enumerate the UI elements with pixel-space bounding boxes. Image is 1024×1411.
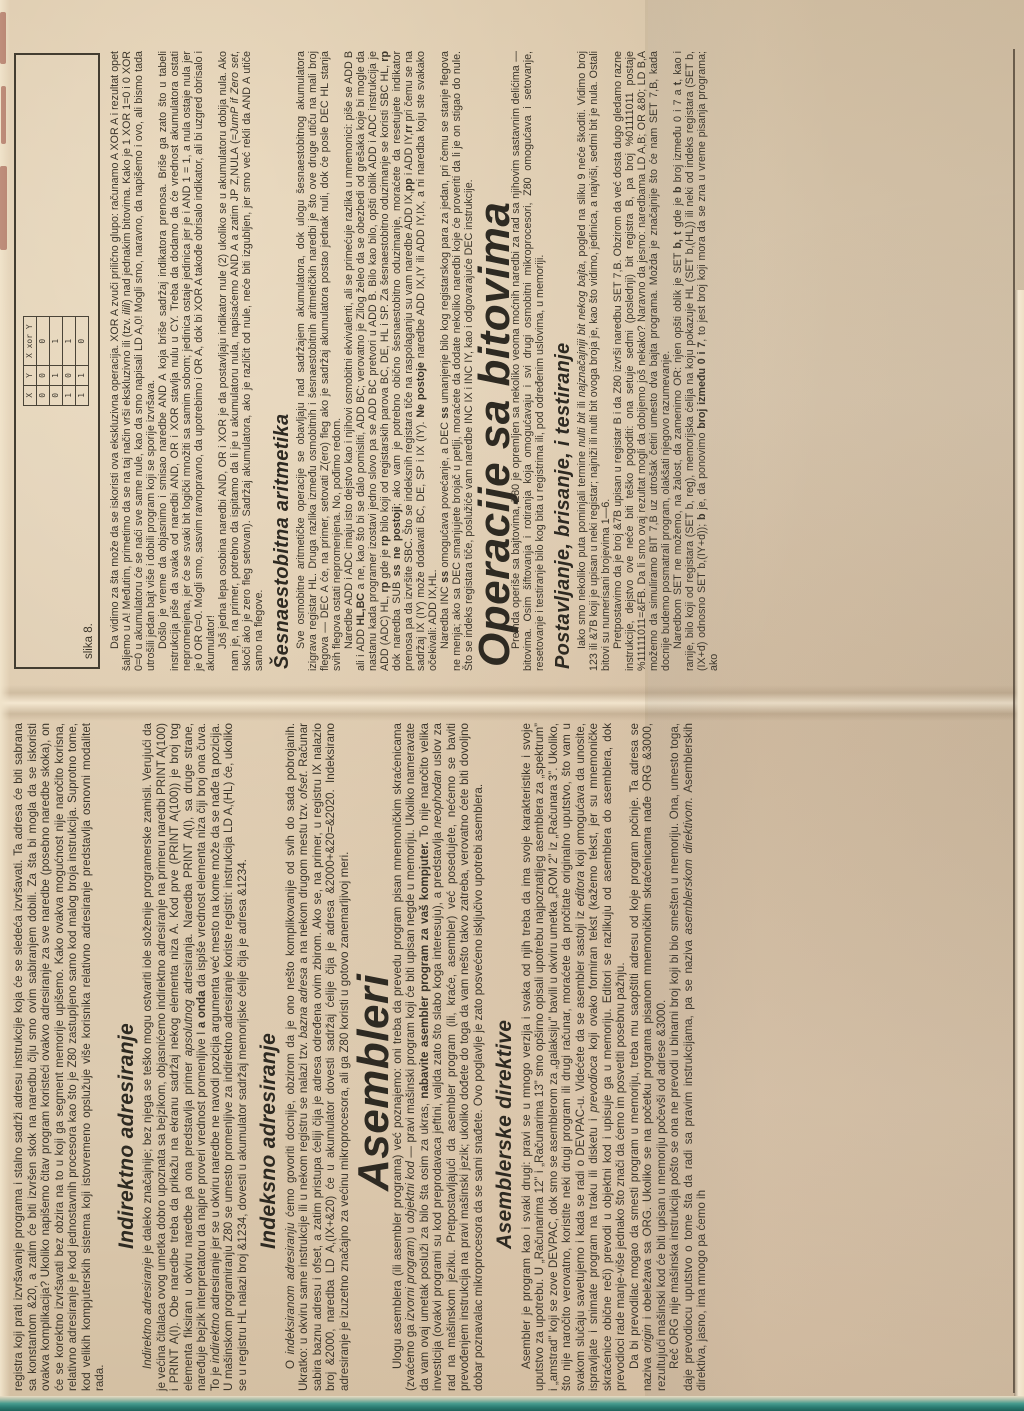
scan-seam [645,0,648,1411]
paragraph-ulogu-asemblera: Ulogu asemblera (ili asembler programa) … [391,723,486,1391]
paragraph-pretpostavimo: Pretpostavimo da je broj &7B upisan u re… [612,51,672,671]
paragraph-premda-operise: Premda operiše sa bajtovima, Z80 je opre… [510,51,546,671]
paragraph-asembler-je-program: Asembler je program kao i svaki drugi: p… [520,723,628,1391]
heading-asemblerske-direktive: Asemblerske direktive [498,723,512,1249]
page-edge-right [1014,290,1024,1396]
red-ink-mark [0,166,7,250]
heading-sesnaestobitna-aritmetika: Šesnaestobitna aritmetika [276,51,288,669]
paragraph-rec-org: Reč ORG nije mašinska instrukcija pošto … [668,723,709,1391]
heading-operacije-sa-bitovima: Operacije sa bitovima [489,51,501,667]
paragraph-naredbom-set: Naredbom SET ne možemo, na žalost, da za… [672,51,720,671]
page-reading-surface: registra koji prati izvršavanje programa… [0,0,1024,1411]
paragraph-da-vidimo: Da vidimo za šta može da se iskoristi ov… [109,51,157,671]
adjacent-page-edge [0,1396,1024,1411]
paragraph-sve-osmobitne: Sve osmobitne aritmetičke operacije se o… [295,51,343,671]
red-ink-mark [0,12,6,64]
paragraph-indirektno: Indirektno adresiranje je daleko značajn… [141,723,249,1391]
figure-slika-8: XYX xor Y000011101110 slika 8. [14,53,100,669]
column-right: XYX xor Y000011101110 slika 8. Da vidimo… [14,51,720,671]
heading-indirektno-adresiranje: Indirektno adresiranje [120,723,134,1249]
red-ink-mark [1,86,6,144]
heading-indeksno-adresiranje: Indeksno adresiranje [262,723,276,1249]
truth-table: XYX xor Y000011101110 [23,316,89,405]
heading-asembleri: Asembleri [367,723,381,1191]
paragraph-relativno-cont: registra koji prati izvršavanje programa… [12,723,107,1391]
paragraph-iako-smo: Iako smo nekoliko puta pominjali termine… [576,51,612,671]
figure-label: slika 8. [83,623,95,659]
paragraph-indeksno: O indeksiranom adresiranju ćemo govoriti… [284,723,352,1391]
paragraph-doslo-je-vreme: Došlo je vreme da objasnimo i smisao nar… [157,51,217,671]
heading-postavljanje-brisanje-testiranje: Postavljanje, brisanje, i testiranje [557,51,569,669]
paragraph-jos-jedna: Još jedna lepa osobina naredbi AND, OR i… [217,51,265,671]
column-left: registra koji prati izvršavanje programa… [12,723,709,1391]
paragraph-naredbe-add-adc: Naredbe ADD i ADC imaju isto dejstvo kao… [343,51,439,671]
scanned-page: registra koji prati izvršavanje programa… [0,0,1024,1411]
fold-crease [0,685,1024,721]
